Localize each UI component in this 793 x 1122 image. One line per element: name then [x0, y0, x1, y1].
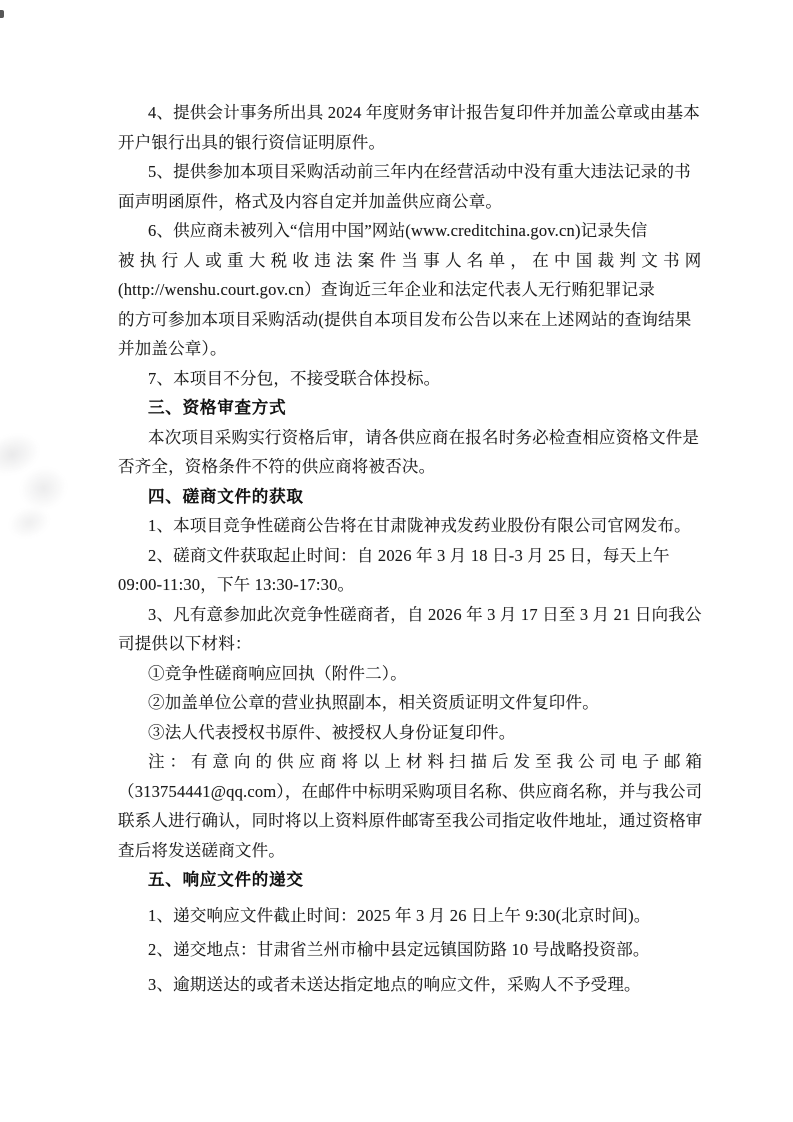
text-line-item5-2: 面声明函原件，格式及内容自定并加盖供应商公章。: [118, 187, 718, 217]
text-line-sec4-item3-2: 司提供以下材料：: [118, 629, 718, 659]
text-line-material-3: ③法人代表授权书原件、被授权人身份证复印件。: [118, 718, 718, 748]
text-line-note-1: 注：有意向的供应商将以上材料扫描后发至我公司电子邮箱: [118, 747, 718, 777]
text-line-sec4-item1: 1、本项目竞争性磋商公告将在甘肃陇神戎发药业股份有限公司官网发布。: [118, 511, 718, 541]
text-line-item6-4: 的方可参加本项目采购活动(提供自本项目发布公告以来在上述网站的查询结果: [118, 305, 718, 335]
text-line-sec5-item2: 2、递交地点：甘肃省兰州市榆中县定远镇国防路 10 号战略投资部。: [118, 935, 718, 965]
section-heading-3: 三、资格审查方式: [118, 393, 718, 423]
text-line-item6-3: (http://wenshu.court.gov.cn）查询近三年企业和法定代表…: [118, 275, 718, 305]
text-line-item4-1: 4、提供会计事务所出具 2024 年度财务审计报告复印件并加盖公章或由基本: [118, 98, 718, 128]
text-line-note-4: 查后将发送磋商文件。: [118, 836, 718, 866]
section-heading-5: 五、响应文件的递交: [118, 865, 718, 895]
text-line-sec3-1: 本次项目采购实行资格后审，请各供应商在报名时务必检查相应资格文件是: [118, 423, 718, 453]
text-line-note-3: 联系人进行确认，同时将以上资料原件邮寄至我公司指定收件地址，通过资格审: [118, 806, 718, 836]
text-line-item7: 7、本项目不分包，不接受联合体投标。: [118, 364, 718, 394]
text-line-sec5-item3: 3、逾期送达的或者未送达指定地点的响应文件，采购人不予受理。: [118, 970, 718, 1000]
scan-edge-artifact: [0, 10, 4, 18]
text-line-item6-5: 并加盖公章）。: [118, 334, 718, 364]
text-line-item6-2: 被执行人或重大税收违法案件当事人名单，在中国裁判文书网: [118, 246, 718, 276]
text-line-sec3-2: 否齐全，资格条件不符的供应商将被否决。: [118, 452, 718, 482]
text-line-material-1: ①竞争性磋商响应回执（附件二）。: [118, 659, 718, 689]
document-text-block: 4、提供会计事务所出具 2024 年度财务审计报告复印件并加盖公章或由基本 开户…: [118, 98, 718, 999]
text-line-item6-1: 6、供应商未被列入“信用中国”网站(www.creditchina.gov.cn…: [118, 216, 718, 246]
text-line-sec5-item1: 1、递交响应文件截止时间：2025 年 3 月 26 日上午 9:30(北京时间…: [118, 901, 718, 931]
text-line-item4-2: 开户银行出具的银行资信证明原件。: [118, 128, 718, 158]
section-heading-4: 四、磋商文件的获取: [118, 482, 718, 512]
faint-stamp-bleedthrough: [0, 397, 97, 560]
text-line-sec4-item2-1: 2、磋商文件获取起止时间：自 2026 年 3 月 18 日-3 月 25 日，…: [118, 541, 718, 571]
text-line-sec4-item3-1: 3、凡有意参加此次竞争性磋商者，自 2026 年 3 月 17 日至 3 月 2…: [118, 600, 718, 630]
document-page: 4、提供会计事务所出具 2024 年度财务审计报告复印件并加盖公章或由基本 开户…: [0, 0, 793, 1122]
text-line-material-2: ②加盖单位公章的营业执照副本，相关资质证明文件复印件。: [118, 688, 718, 718]
text-line-note-2: （313754441@qq.com），在邮件中标明采购项目名称、供应商名称，并与…: [118, 777, 718, 807]
text-line-sec4-item2-2: 09:00-11:30，下午 13:30-17:30。: [118, 570, 718, 600]
text-line-item5-1: 5、提供参加本项目采购活动前三年内在经营活动中没有重大违法记录的书: [118, 157, 718, 187]
